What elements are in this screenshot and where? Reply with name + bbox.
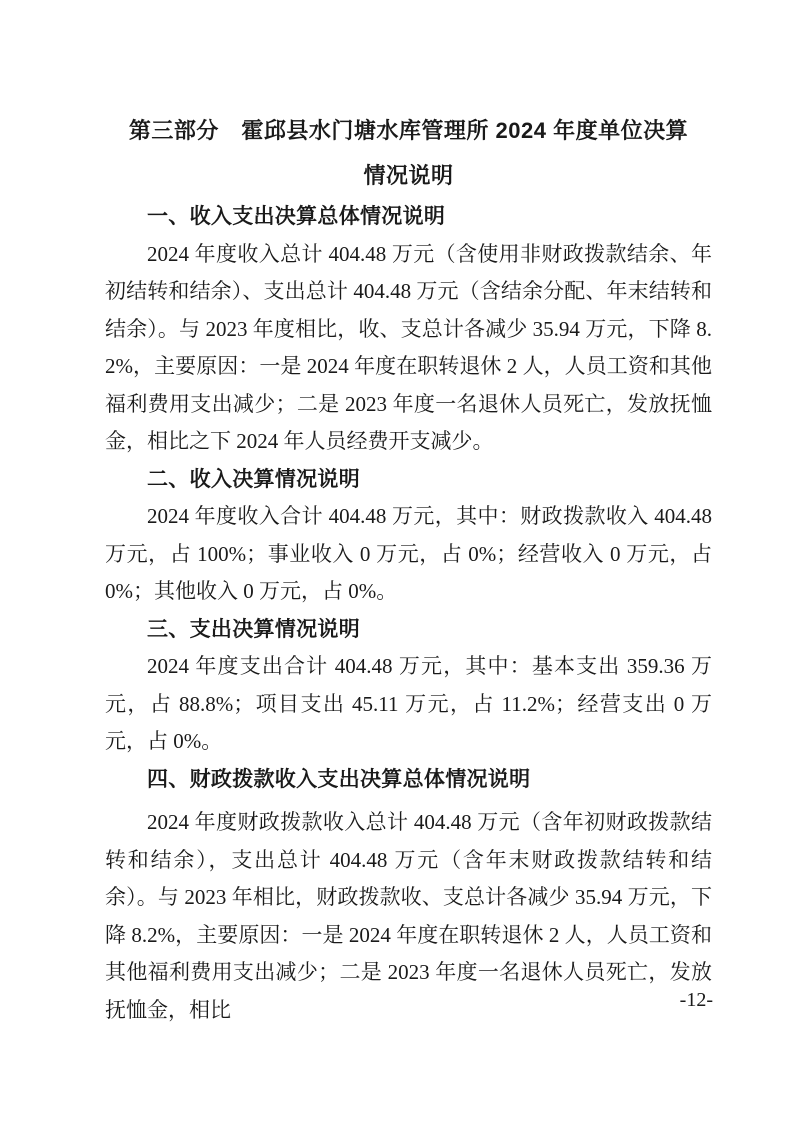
document-title-line-1: 第三部分 霍邱县水门塘水库管理所 2024 年度单位决算 <box>105 108 712 153</box>
document-page: 第三部分 霍邱县水门塘水库管理所 2024 年度单位决算 情况说明 一、收入支出… <box>0 0 793 1122</box>
section-3-heading: 三、支出决算情况说明 <box>105 611 712 649</box>
document-title-line-2: 情况说明 <box>105 153 712 198</box>
document-content: 第三部分 霍邱县水门塘水库管理所 2024 年度单位决算 情况说明 一、收入支出… <box>105 0 712 1029</box>
section-2-heading: 二、收入决算情况说明 <box>105 461 712 499</box>
section-4-heading: 四、财政拨款收入支出决算总体情况说明 <box>105 761 712 799</box>
section-2-paragraph: 2024 年度收入合计 404.48 万元，其中：财政拨款收入 404.48 万… <box>105 498 712 611</box>
section-fiscal-appropriation-overview: 四、财政拨款收入支出决算总体情况说明 2024 年度财政拨款收入总计 404.4… <box>105 761 712 1030</box>
section-1-heading: 一、收入支出决算总体情况说明 <box>105 198 712 236</box>
section-4-paragraph: 2024 年度财政拨款收入总计 404.48 万元（含年初财政拨款结转和结余），… <box>105 804 712 1029</box>
section-1-paragraph: 2024 年度收入总计 404.48 万元（含使用非财政拨款结余、年初结转和结余… <box>105 236 712 461</box>
page-number: -12- <box>680 988 713 1012</box>
section-income-statement: 二、收入决算情况说明 2024 年度收入合计 404.48 万元，其中：财政拨款… <box>105 461 712 611</box>
section-income-expenditure-overview: 一、收入支出决算总体情况说明 2024 年度收入总计 404.48 万元（含使用… <box>105 198 712 461</box>
section-expenditure-statement: 三、支出决算情况说明 2024 年度支出合计 404.48 万元，其中：基本支出… <box>105 611 712 761</box>
section-3-paragraph: 2024 年度支出合计 404.48 万元，其中：基本支出 359.36 万元，… <box>105 648 712 761</box>
